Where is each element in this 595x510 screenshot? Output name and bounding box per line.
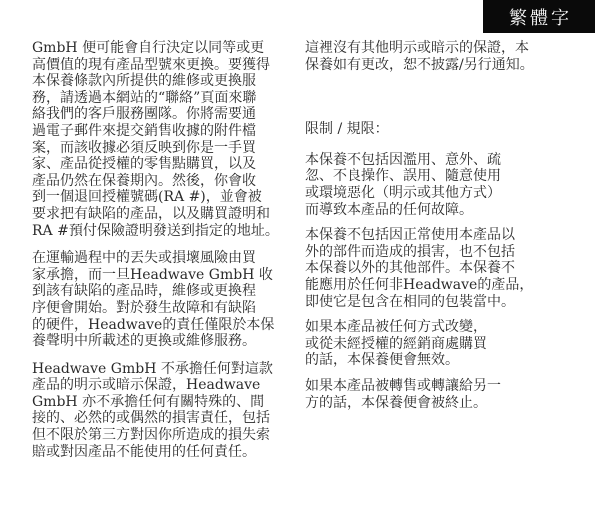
language-badge-label: 繁體字 <box>506 4 572 30</box>
paragraph-limitation-misuse: 本保養不包括因濫用、意外、疏 忽、不良操作、誤用、隨意使用 或環境惡化（明示或其… <box>305 152 573 218</box>
right-column: 這裡沒有其他明示或暗示的保證，本 保養如有更改，恕不披露/另行通知。 限制 / … <box>305 40 573 420</box>
paragraph-shipping-risk: 在運輸過程中的丟失或損壞風險由買 家承擔，而一旦Headwave GmbH 收 … <box>32 250 294 350</box>
paragraph-no-other-warranty: 這裡沒有其他明示或暗示的保證，本 保養如有更改，恕不披露/另行通知。 <box>305 40 573 73</box>
paragraph-limitation-resold-product: 如果本產品被轉售或轉讓給另一 方的話，本保養便會被終止。 <box>305 378 573 411</box>
paragraph-liability-disclaimer: Headwave GmbH 不承擔任何對這款 產品的明示或暗示保證，Headwa… <box>32 361 294 461</box>
paragraph-limitation-other-parts: 本保養不包括因正常使用本產品以 外的部件而造成的損害，也不包括 本保養以外的其他… <box>305 227 573 310</box>
limitations-heading: 限制 / 規限： <box>305 121 573 138</box>
language-badge: 繁體字 <box>483 0 595 33</box>
paragraph-warranty-service-procedure: GmbH 便可能會自行決定以同等或更 高價值的現有產品型號來更換。要獲得 本保養… <box>32 40 294 239</box>
left-column: GmbH 便可能會自行決定以同等或更 高價值的現有產品型號來更換。要獲得 本保養… <box>32 40 294 471</box>
paragraph-limitation-altered-product: 如果本產品被任何方式改變， 或從未經授權的經銷商處購買 的話，本保養便會無效。 <box>305 319 573 369</box>
warranty-document-page: 繁體字 GmbH 便可能會自行決定以同等或更 高價值的現有產品型號來更換。要獲得… <box>0 0 595 510</box>
